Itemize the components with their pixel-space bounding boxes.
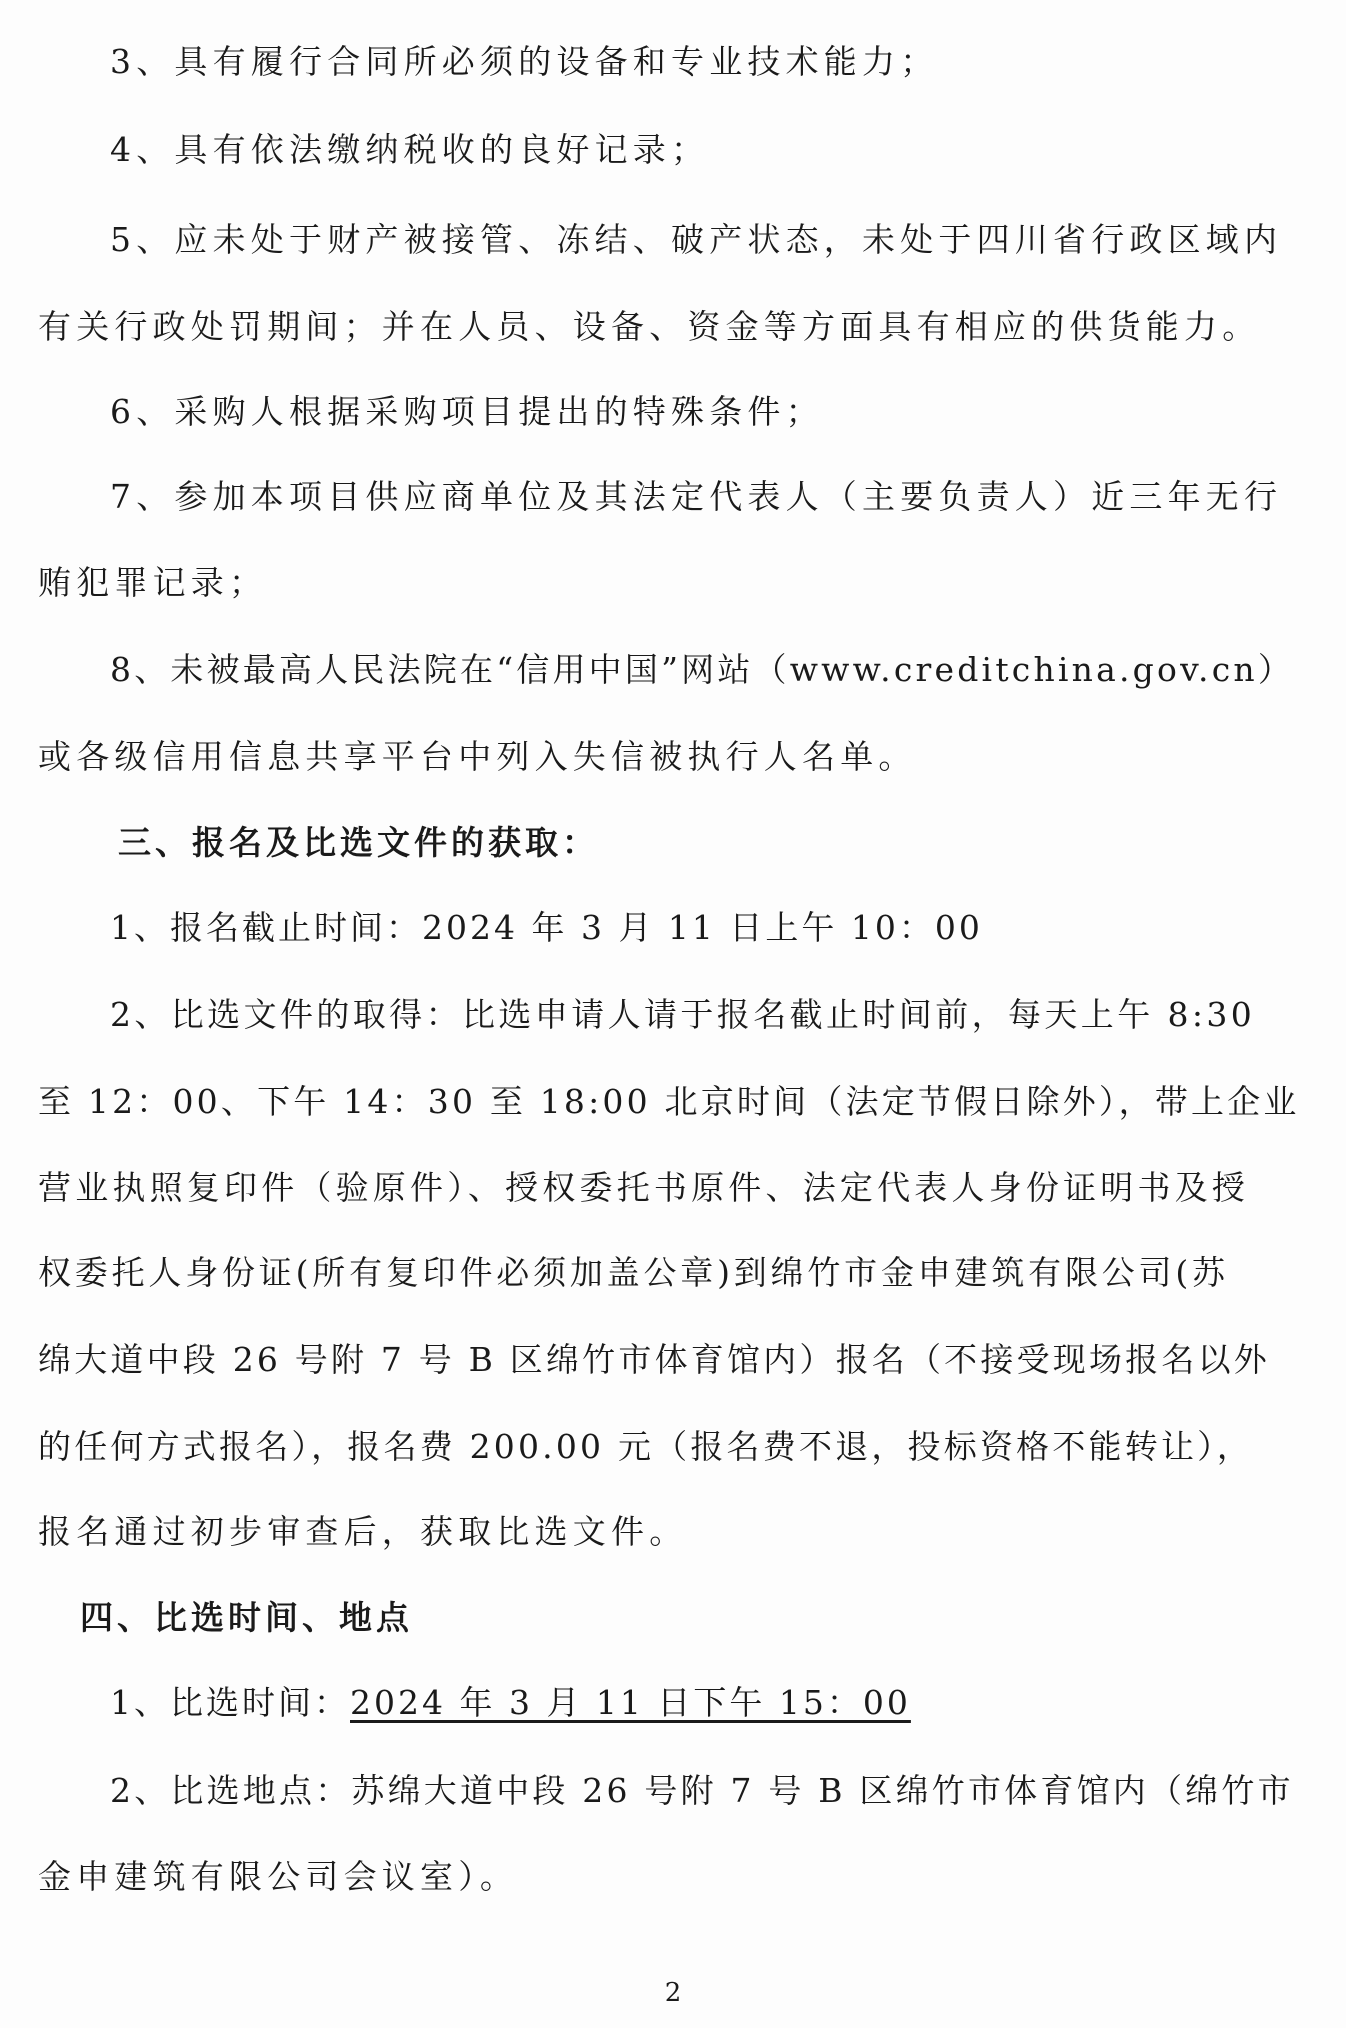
page-number: 2 — [0, 1978, 1346, 2008]
section-3-heading: 三、报名及比选文件的获取： — [0, 823, 1346, 863]
section-3-item-2-cont: 权委托人身份证(所有复印件必须加盖公章)到绵竹市金申建筑有限公司(苏 — [0, 1253, 1346, 1293]
comparison-time-label: 1、比选时间： — [110, 1683, 350, 1722]
requirement-7-cont: 贿犯罪记录； — [0, 563, 1346, 603]
requirement-8: 8、未被最高人民法院在“信用中国”网站（www.creditchina.gov.… — [0, 650, 1346, 690]
section-3-item-2-cont: 绵大道中段 26 号附 7 号 B 区绵竹市体育馆内）报名（不接受现场报名以外 — [0, 1340, 1346, 1380]
section-3-item-1: 1、报名截止时间：2024 年 3 月 11 日上午 10：00 — [0, 908, 1346, 948]
section-3-item-2-cont: 至 12：00、下午 14：30 至 18:00 北京时间（法定节假日除外），带… — [0, 1082, 1346, 1122]
requirement-6: 6、采购人根据采购项目提出的特殊条件； — [0, 392, 1346, 432]
section-3-item-2-cont: 营业执照复印件（验原件）、授权委托书原件、法定代表人身份证明书及授 — [0, 1168, 1346, 1208]
section-3-item-2-cont: 的任何方式报名），报名费 200.00 元（报名费不退，投标资格不能转让）， — [0, 1427, 1346, 1467]
requirement-5: 5、应未处于财产被接管、冻结、破产状态，未处于四川省行政区域内 — [0, 220, 1346, 260]
requirement-4: 4、具有依法缴纳税收的良好记录； — [0, 130, 1346, 170]
section-4-item-2: 2、比选地点：苏绵大道中段 26 号附 7 号 B 区绵竹市体育馆内（绵竹市 — [0, 1771, 1346, 1811]
section-3-item-2-cont: 报名通过初步审查后，获取比选文件。 — [0, 1512, 1346, 1552]
section-4-heading: 四、比选时间、地点 — [0, 1598, 1346, 1638]
section-3-item-2: 2、比选文件的取得：比选申请人请于报名截止时间前，每天上午 8:30 — [0, 995, 1346, 1035]
section-4-item-2-cont: 金申建筑有限公司会议室）。 — [0, 1857, 1346, 1897]
comparison-time-value: 2024 年 3 月 11 日下午 15：00 — [350, 1683, 911, 1722]
requirement-8-cont: 或各级信用信息共享平台中列入失信被执行人名单。 — [0, 737, 1346, 777]
section-4-item-1: 1、比选时间：2024 年 3 月 11 日下午 15：00 — [0, 1683, 1346, 1723]
requirement-3: 3、具有履行合同所必须的设备和专业技术能力； — [0, 42, 1346, 82]
requirement-7: 7、参加本项目供应商单位及其法定代表人（主要负责人）近三年无行 — [0, 477, 1346, 517]
requirement-5-cont: 有关行政处罚期间；并在人员、设备、资金等方面具有相应的供货能力。 — [0, 307, 1346, 347]
